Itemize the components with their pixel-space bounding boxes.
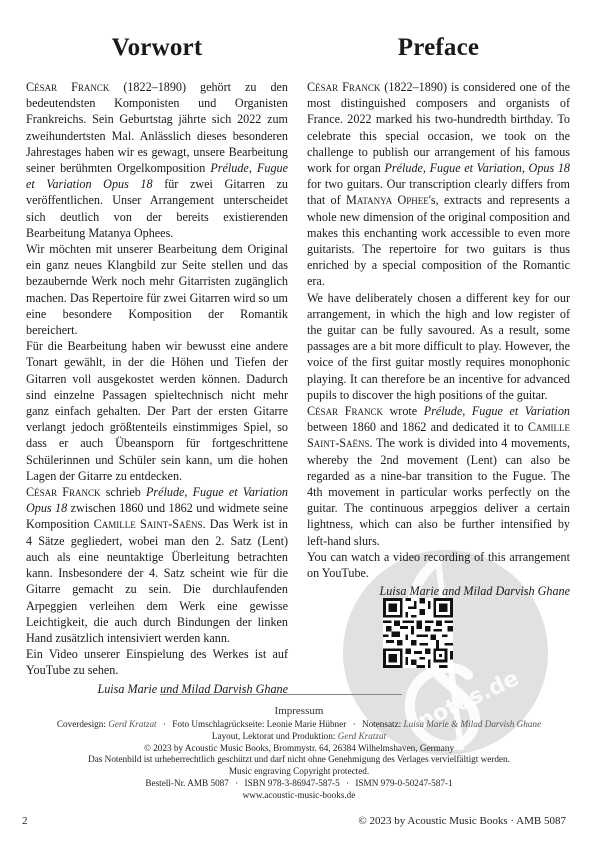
preface-paragraph-1: César Franck (1822–1890) is considered o… xyxy=(307,79,570,290)
credits-line: Coverdesign: Gerd Kratzat · Foto Umschla… xyxy=(0,719,598,731)
page-number: 2 xyxy=(22,815,28,827)
vorwort-column: Vorwort César Franck (1822–1890) gehört … xyxy=(26,34,288,697)
impressum: Impressum Coverdesign: Gerd Kratzat · Fo… xyxy=(0,705,598,802)
dedicatee-name: Camille Saint-Saëns xyxy=(94,517,203,531)
arranger-name: Matanya Ophee xyxy=(346,193,429,207)
qr-code-icon[interactable] xyxy=(383,598,453,668)
vorwort-paragraph-4: César Franck schrieb Prélude, Fugue et V… xyxy=(26,484,288,646)
preface-title: Preface xyxy=(307,34,570,62)
work-title: Prélude, Fugue et Variation, Opus 18 xyxy=(384,161,570,175)
production-line: Layout, Lektorat und Produktion: Gerd Kr… xyxy=(0,731,598,743)
copyright-notice-en: Music engraving Copyright protected. xyxy=(0,766,598,778)
composer-name: César Franck xyxy=(26,485,101,499)
order-numbers: Bestell-Nr. AMB 5087 · ISBN 978-3-86947-… xyxy=(0,778,598,790)
composer-name: César Franck xyxy=(26,80,109,94)
composer-name: César Franck xyxy=(307,80,380,94)
work-title: Prélude, Fugue et Variation xyxy=(424,404,570,418)
divider xyxy=(160,694,402,695)
cover-designer: Gerd Kratzat xyxy=(108,719,156,729)
photo-credit: Foto Umschlagrückseite: Leonie Marie Hüb… xyxy=(172,719,346,729)
engraver: Luisa Marie & Milad Darvish Ghane xyxy=(404,719,542,729)
vorwort-paragraph-2: Wir möchten mit unserer Bearbeitung dem … xyxy=(26,241,288,338)
impressum-title: Impressum xyxy=(0,705,598,718)
vorwort-paragraph-1: César Franck (1822–1890) gehört zu den b… xyxy=(26,79,288,241)
website-link[interactable]: www.acoustic-music-books.de xyxy=(0,790,598,802)
preface-paragraph-3: César Franck wrote Prélude, Fugue et Var… xyxy=(307,403,570,549)
vorwort-paragraph-3: Für die Bearbeitung haben wir bewusst ei… xyxy=(26,338,288,484)
publisher-address: © 2023 by Acoustic Music Books, Brommyst… xyxy=(0,743,598,755)
copyright-notice-de: Das Notenbild ist urheberrechtlich gesch… xyxy=(0,754,598,766)
composer-name: César Franck xyxy=(307,404,383,418)
preface-column: Preface César Franck (1822–1890) is cons… xyxy=(307,34,570,600)
vorwort-paragraph-5: Ein Video unserer Einspielung des Werkes… xyxy=(26,646,288,678)
preface-paragraph-2: We have deliberately chosen a different … xyxy=(307,290,570,403)
vorwort-title: Vorwort xyxy=(26,34,288,62)
preface-paragraph-4: You can watch a video recording of this … xyxy=(307,549,570,581)
footer-copyright: © 2023 by Acoustic Music Books · AMB 508… xyxy=(358,815,566,827)
